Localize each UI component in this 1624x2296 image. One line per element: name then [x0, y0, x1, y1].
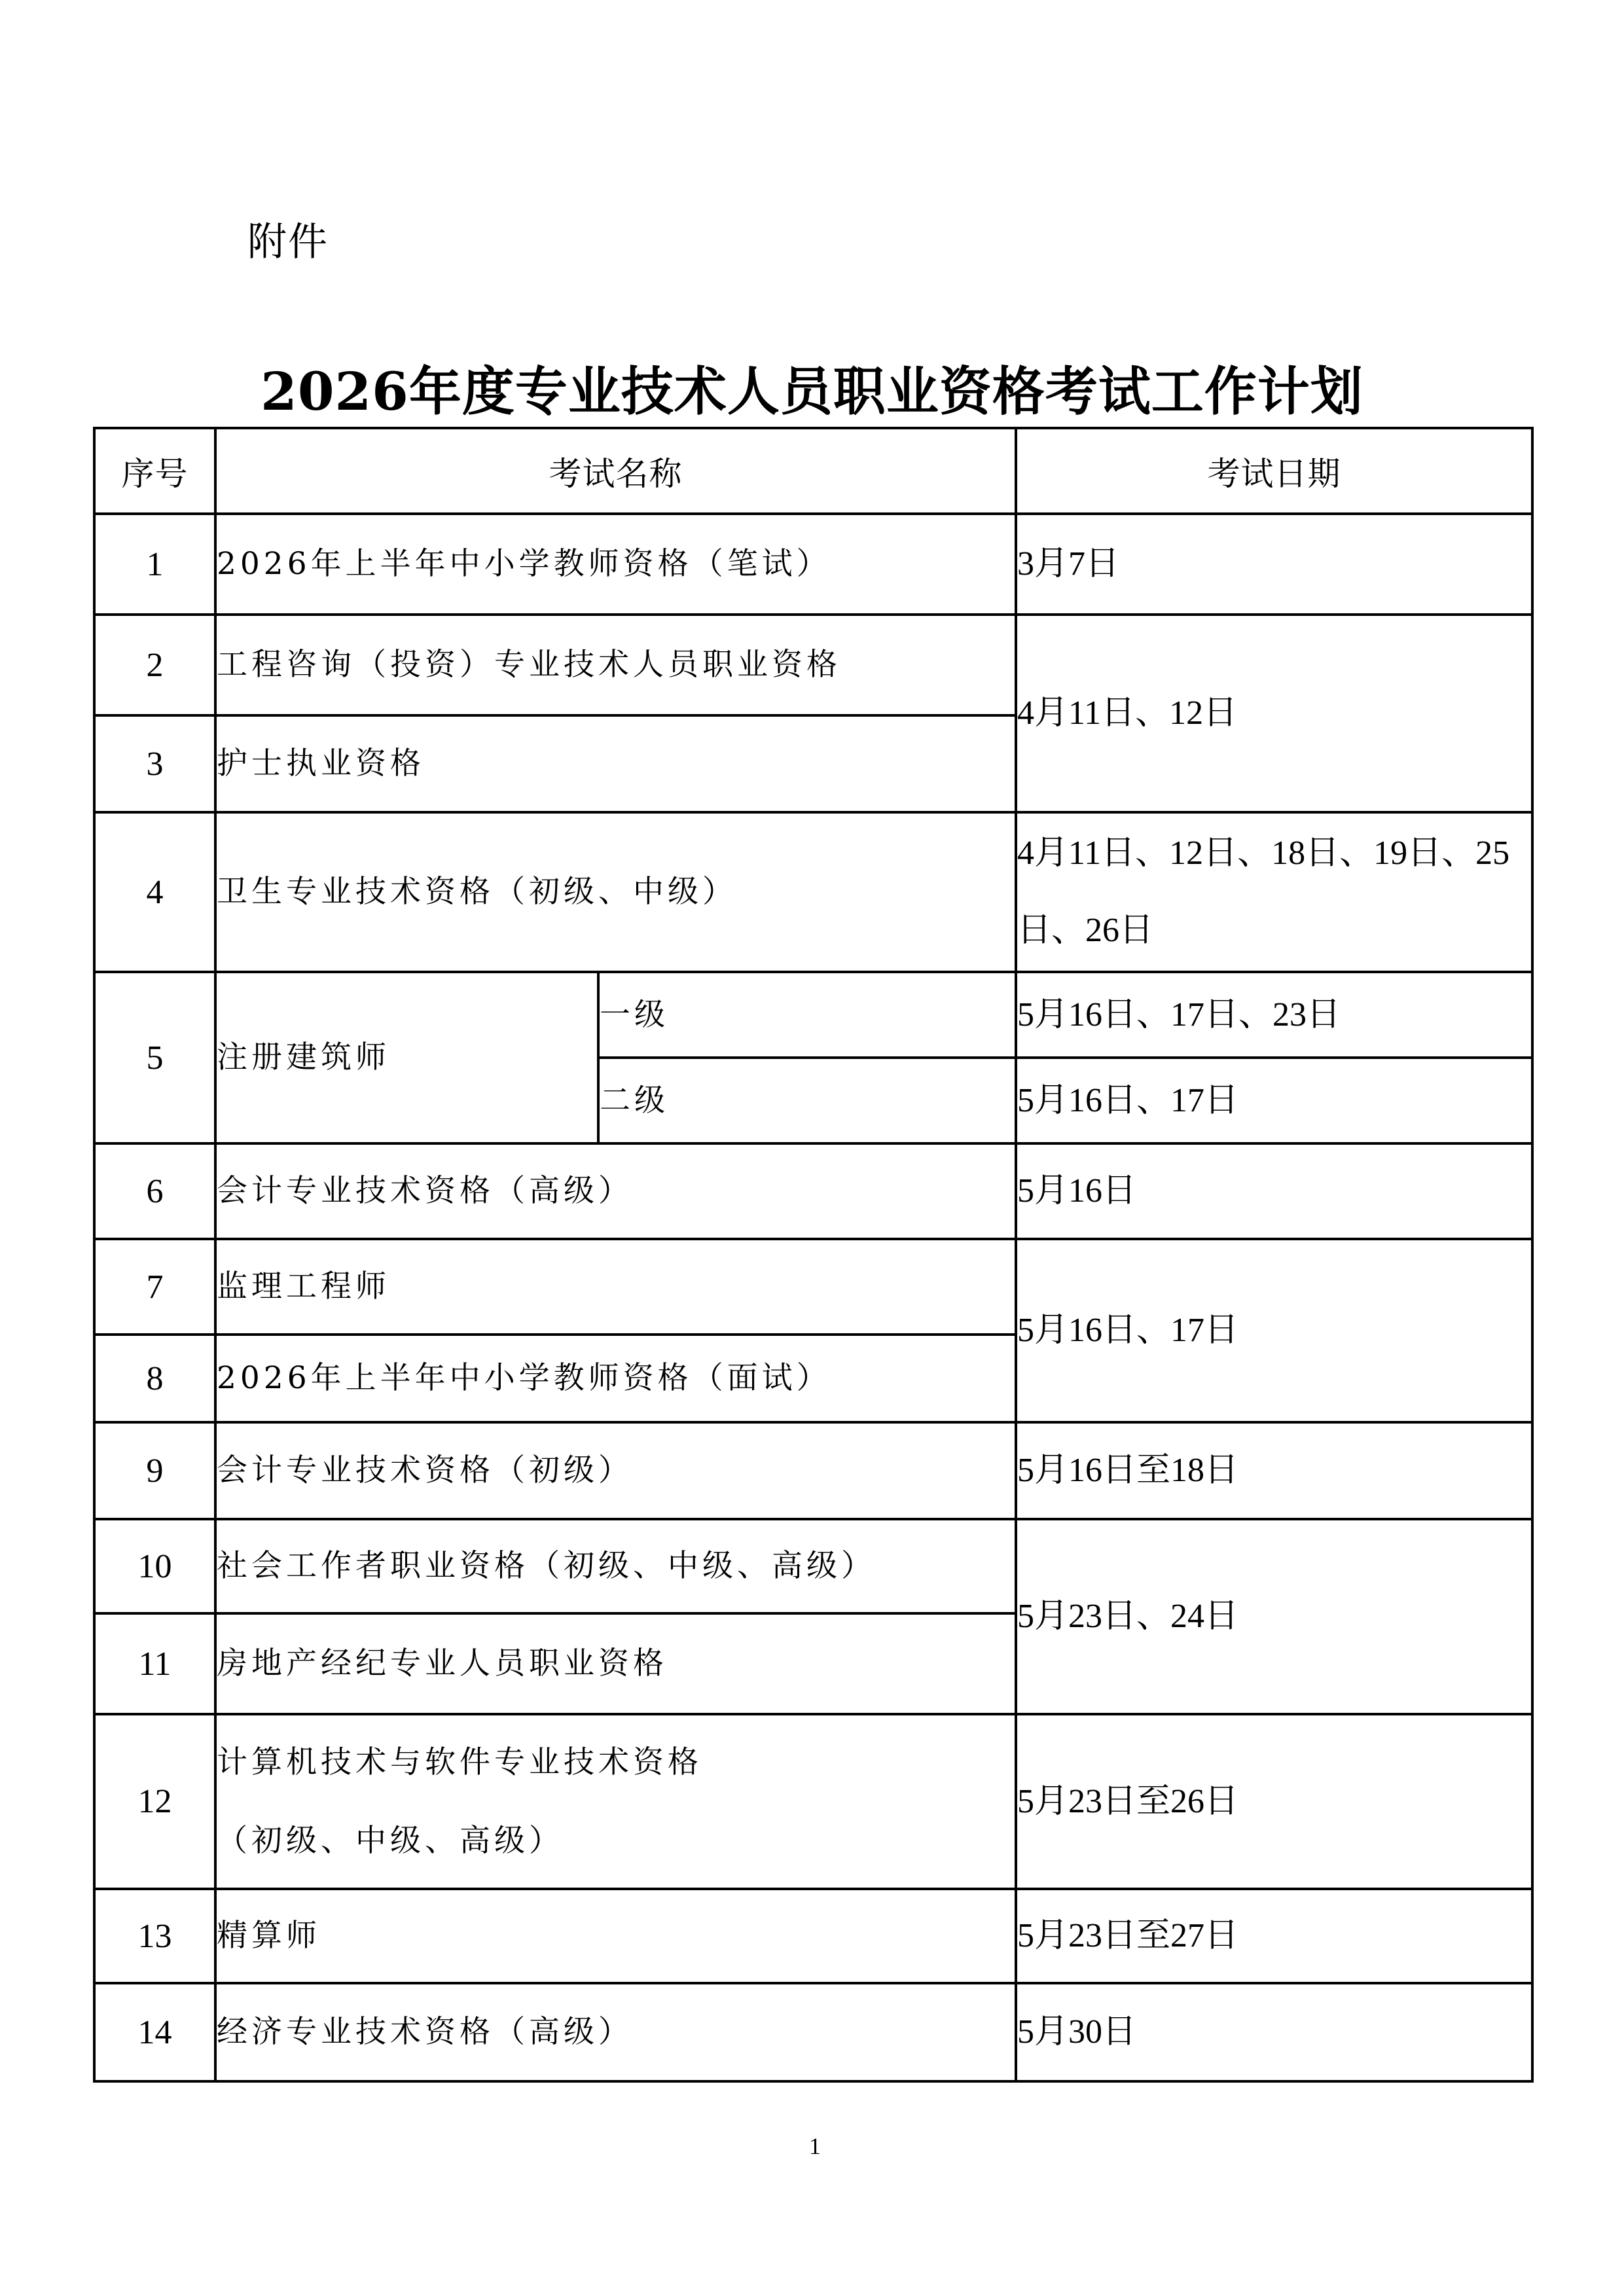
row-index: 1 [94, 514, 215, 615]
table-row: 10 社会工作者职业资格（初级、中级、高级） 5月23日、24日 [94, 1519, 1532, 1613]
exam-name: 卫生专业技术资格（初级、中级） [215, 812, 1016, 972]
row-index: 11 [94, 1613, 215, 1714]
exam-date: 5月23日至26日 [1016, 1714, 1532, 1889]
exam-name: 精算师 [215, 1889, 1016, 1983]
table-row: 13 精算师 5月23日至27日 [94, 1889, 1532, 1983]
table-row: 2 工程咨询（投资）专业技术人员职业资格 4月11日、12日 [94, 615, 1532, 715]
header-exam-date: 考试日期 [1016, 428, 1532, 514]
attachment-label: 附件 [247, 216, 329, 268]
exam-name: 计算机技术与软件专业技术资格（初级、中级、高级） [215, 1714, 1016, 1889]
table-row: 6 会计专业技术资格（高级） 5月16日 [94, 1143, 1532, 1239]
exam-name: 会计专业技术资格（高级） [215, 1143, 1016, 1239]
row-index: 3 [94, 715, 215, 812]
exam-date: 5月16日至18日 [1016, 1422, 1532, 1519]
exam-date: 5月16日、17日 [1016, 1058, 1532, 1143]
exam-date: 5月30日 [1016, 1983, 1532, 2081]
exam-name: 监理工程师 [215, 1239, 1016, 1335]
table-row: 7 监理工程师 5月16日、17日 [94, 1239, 1532, 1335]
row-index: 10 [94, 1519, 215, 1613]
exam-name: 2026年上半年中小学教师资格（笔试） [215, 514, 1016, 615]
exam-name: 经济专业技术资格（高级） [215, 1983, 1016, 2081]
exam-date: 5月16日、17日 [1016, 1239, 1532, 1422]
table-row: 5 注册建筑师 一级 5月16日、17日、23日 [94, 972, 1532, 1058]
exam-date: 4月11日、12日、18日、19日、25日、26日 [1016, 812, 1532, 972]
table-header-row: 序号 考试名称 考试日期 [94, 428, 1532, 514]
header-index: 序号 [94, 428, 215, 514]
exam-schedule-table: 序号 考试名称 考试日期 1 2026年上半年中小学教师资格（笔试） 3月7日 … [93, 427, 1534, 2083]
row-index: 6 [94, 1143, 215, 1239]
table-row: 12 计算机技术与软件专业技术资格（初级、中级、高级） 5月23日至26日 [94, 1714, 1532, 1889]
header-exam-name: 考试名称 [215, 428, 1016, 514]
exam-level: 二级 [598, 1058, 1016, 1143]
exam-date: 3月7日 [1016, 514, 1532, 615]
row-index: 12 [94, 1714, 215, 1889]
row-index: 14 [94, 1983, 215, 2081]
row-index: 7 [94, 1239, 215, 1335]
table-row: 9 会计专业技术资格（初级） 5月16日至18日 [94, 1422, 1532, 1519]
row-index: 2 [94, 615, 215, 715]
row-index: 4 [94, 812, 215, 972]
page-number: 1 [802, 2132, 828, 2160]
exam-name: 护士执业资格 [215, 715, 1016, 812]
exam-name: 工程咨询（投资）专业技术人员职业资格 [215, 615, 1016, 715]
row-index: 8 [94, 1335, 215, 1422]
exam-date: 5月16日 [1016, 1143, 1532, 1239]
exam-name: 2026年上半年中小学教师资格（面试） [215, 1335, 1016, 1422]
exam-name: 社会工作者职业资格（初级、中级、高级） [215, 1519, 1016, 1613]
row-index: 5 [94, 972, 215, 1143]
exam-date: 5月16日、17日、23日 [1016, 972, 1532, 1058]
exam-level: 一级 [598, 972, 1016, 1058]
table-row: 14 经济专业技术资格（高级） 5月30日 [94, 1983, 1532, 2081]
table-row: 1 2026年上半年中小学教师资格（笔试） 3月7日 [94, 514, 1532, 615]
document-title: 2026年度专业技术人员职业资格考试工作计划 [93, 359, 1531, 424]
exam-date: 5月23日至27日 [1016, 1889, 1532, 1983]
exam-name-line2: （初级、中级、高级） [217, 1802, 1015, 1880]
exam-date: 5月23日、24日 [1016, 1519, 1532, 1714]
row-index: 9 [94, 1422, 215, 1519]
exam-name: 房地产经纪专业人员职业资格 [215, 1613, 1016, 1714]
exam-date: 4月11日、12日 [1016, 615, 1532, 812]
exam-name: 会计专业技术资格（初级） [215, 1422, 1016, 1519]
table-row: 4 卫生专业技术资格（初级、中级） 4月11日、12日、18日、19日、25日、… [94, 812, 1532, 972]
exam-name: 注册建筑师 [215, 972, 598, 1143]
row-index: 13 [94, 1889, 215, 1983]
exam-name-line1: 计算机技术与软件专业技术资格 [217, 1723, 1015, 1802]
